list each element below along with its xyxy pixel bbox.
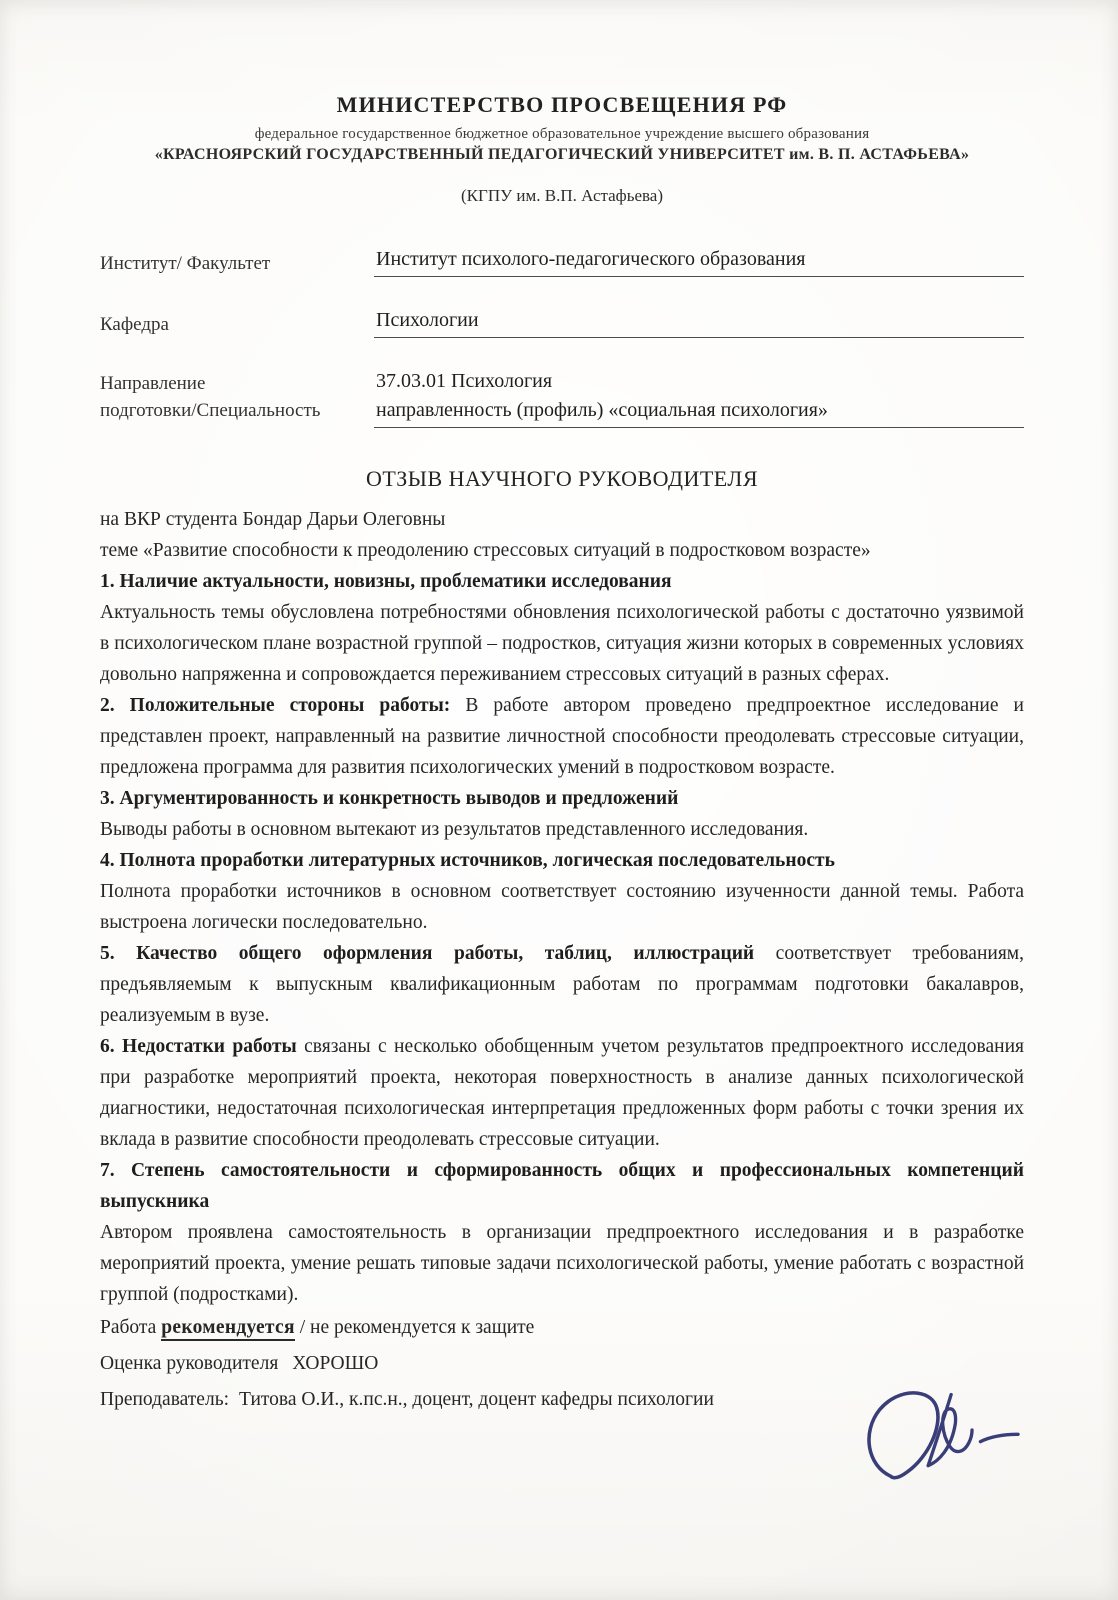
- grade-line: Оценка руководителяХОРОШО: [100, 1346, 1024, 1382]
- form-fields: Институт/ Факультет Институт психолого-п…: [100, 248, 1024, 428]
- institute-label: Институт/ Факультет: [100, 251, 374, 277]
- direction-value-profile: направленность (профиль) «социальная пси…: [374, 399, 1024, 428]
- supervisor-signature: [858, 1382, 1038, 1497]
- direction-label-line2: подготовки/Специальность: [100, 397, 374, 424]
- section-2: 2. Положительные стороны работы: В работ…: [100, 690, 1024, 783]
- recommendation-line: Работа рекомендуется / не рекомендуется …: [100, 1310, 1024, 1346]
- ministry-title: МИНИСТЕРСТВО ПРОСВЕЩЕНИЯ РФ: [100, 92, 1024, 118]
- recommended-choice: рекомендуется: [161, 1317, 295, 1341]
- section-4: 4. Полнота проработки литературных источ…: [100, 845, 1024, 938]
- institute-value: Институт психолого-педагогического образ…: [374, 248, 1024, 277]
- form-row-institute: Институт/ Факультет Институт психолого-п…: [100, 248, 1024, 277]
- section-7-body: Автором проявлена самостоятельность в ор…: [100, 1217, 1024, 1310]
- department-value: Психологии: [374, 309, 1024, 338]
- document-header: МИНИСТЕРСТВО ПРОСВЕЩЕНИЯ РФ федеральное …: [100, 92, 1024, 206]
- direction-label-line1: Направление: [100, 370, 374, 397]
- teacher-value: Титова О.И., к.пс.н., доцент, доцент каф…: [239, 1389, 714, 1410]
- section-7: 7. Степень самостоятельности и сформиров…: [100, 1155, 1024, 1310]
- section-1-body: Актуальность темы обусловлена потребност…: [100, 597, 1024, 690]
- work-label: Работа: [100, 1317, 161, 1338]
- university-name: «КРАСНОЯРСКИЙ ГОСУДАРСТВЕННЫЙ ПЕДАГОГИЧЕ…: [100, 146, 1024, 164]
- student-line: на ВКР студента Бондар Дарьи Олеговны: [100, 504, 1024, 535]
- teacher-label: Преподаватель:: [100, 1389, 229, 1410]
- document-content: МИНИСТЕРСТВО ПРОСВЕЩЕНИЯ РФ федеральное …: [0, 0, 1118, 1418]
- section-6-heading: 6. Недостатки работы: [100, 1036, 297, 1057]
- section-3-body: Выводы работы в основном вытекают из рез…: [100, 814, 1024, 845]
- section-2-heading: 2. Положительные стороны работы:: [100, 695, 450, 716]
- department-label: Кафедра: [100, 312, 374, 338]
- grade-label: Оценка руководителя: [100, 1353, 278, 1374]
- section-3-heading: 3. Аргументированность и конкретность вы…: [100, 783, 1024, 814]
- grade-value: ХОРОШО: [292, 1353, 378, 1374]
- section-3: 3. Аргументированность и конкретность вы…: [100, 783, 1024, 845]
- theme-line: теме «Развитие способности к преодолению…: [100, 535, 1024, 566]
- section-4-body: Полнота проработки источников в основном…: [100, 876, 1024, 938]
- org-type-line: федеральное государственное бюджетное об…: [100, 126, 1024, 143]
- direction-value-code: 37.03.01 Психология: [374, 370, 1024, 399]
- document-title: ОТЗЫВ НАУЧНОГО РУКОВОДИТЕЛЯ: [100, 466, 1024, 492]
- form-row-direction: Направление подготовки/Специальность 37.…: [100, 370, 1024, 428]
- section-1: 1. Наличие актуальности, новизны, пробле…: [100, 566, 1024, 690]
- direction-value: 37.03.01 Психология направленность (проф…: [374, 370, 1024, 428]
- signature-dash: [980, 1434, 1018, 1441]
- not-recommended-text: / не рекомендуется к защите: [295, 1317, 535, 1338]
- form-row-department: Кафедра Психологии: [100, 309, 1024, 338]
- section-7-heading: 7. Степень самостоятельности и сформиров…: [100, 1155, 1024, 1217]
- direction-label: Направление подготовки/Специальность: [100, 370, 374, 424]
- section-6: 6. Недостатки работы связаны с несколько…: [100, 1031, 1024, 1155]
- section-4-heading: 4. Полнота проработки литературных источ…: [100, 845, 1024, 876]
- university-short-name: (КГПУ им. В.П. Астафьева): [100, 186, 1024, 206]
- section-1-heading: 1. Наличие актуальности, новизны, пробле…: [100, 566, 1024, 597]
- document-page: МИНИСТЕРСТВО ПРОСВЕЩЕНИЯ РФ федеральное …: [0, 0, 1118, 1600]
- section-5-heading: 5. Качество общего оформления работы, та…: [100, 943, 754, 964]
- section-5: 5. Качество общего оформления работы, та…: [100, 938, 1024, 1031]
